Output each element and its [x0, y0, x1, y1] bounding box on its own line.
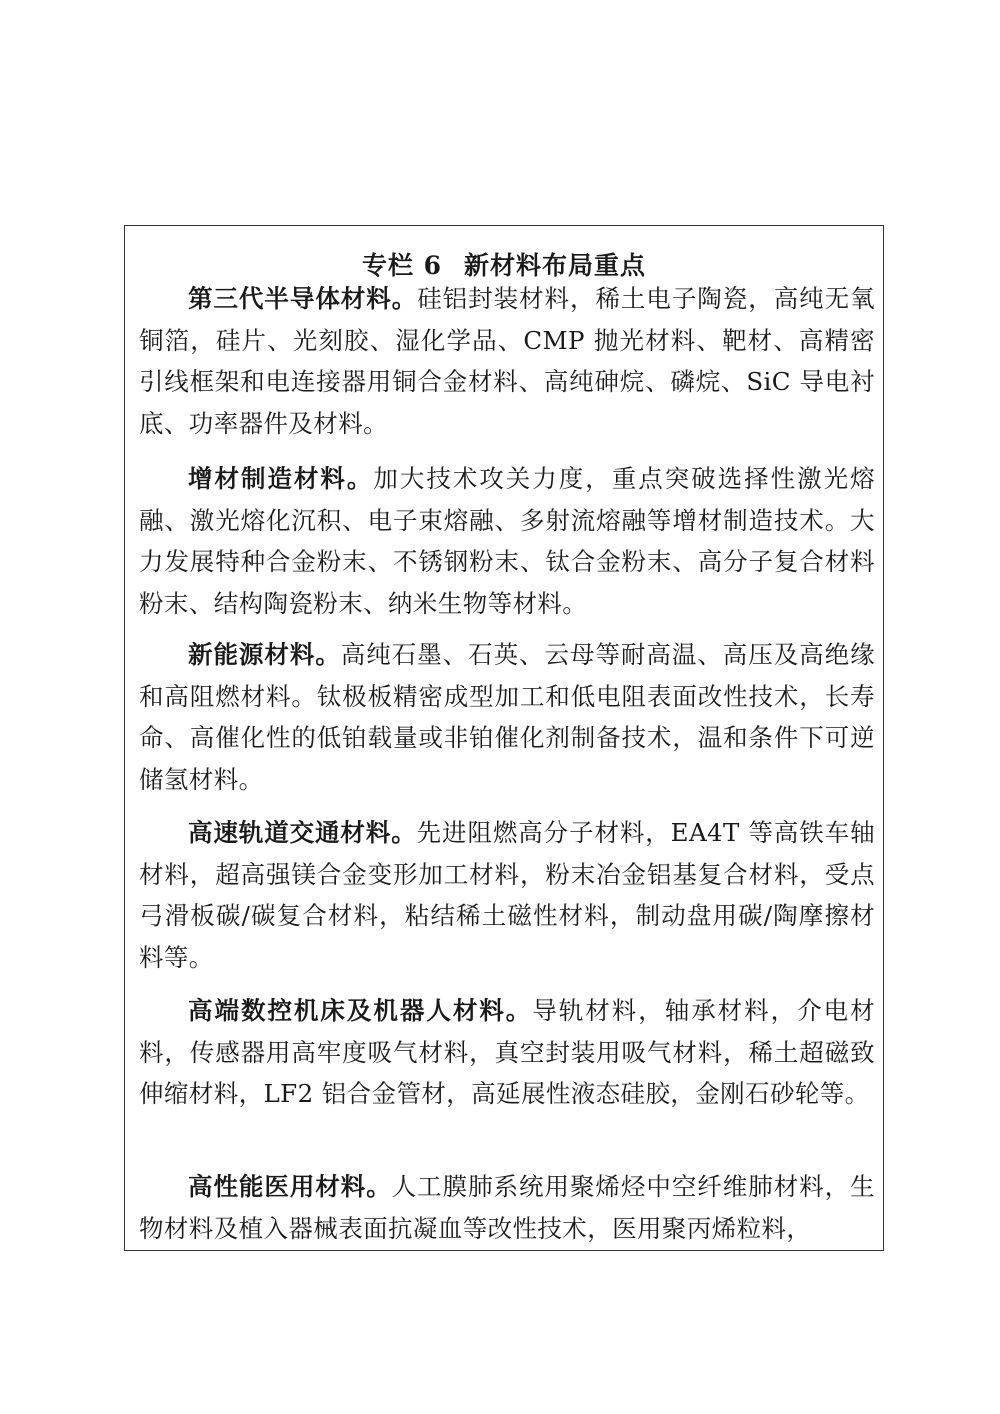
section-new-energy: 新能源材料。高纯石墨、石英、云母等耐高温、高压及高绝缘和高阻燃材料。钛极板精密成…: [139, 634, 875, 800]
section-heading: 增材制造材料。: [188, 464, 373, 493]
section-heading: 高性能医用材料。: [188, 1172, 392, 1201]
section-additive-manufacturing: 增材制造材料。加大技术攻关力度，重点突破选择性激光熔融、激光熔化沉积、电子束熔融…: [139, 458, 875, 624]
section-heading: 高端数控机床及机器人材料。: [188, 996, 532, 1025]
panel-number: 专栏 6: [362, 251, 442, 280]
panel-title: 专栏 6新材料布局重点: [125, 246, 883, 282]
section-cnc-robotics: 高端数控机床及机器人材料。导轨材料，轴承材料，介电材料，传感器用高牢度吸气材料，…: [139, 990, 875, 1115]
section-semiconductor: 第三代半导体材料。硅铝封装材料，稀土电子陶瓷，高纯无氧铜箔，硅片、光刻胶、湿化学…: [139, 278, 875, 444]
section-rail-transit: 高速轨道交通材料。先进阻燃高分子材料，EA4T 等高铁车轴材料，超高强镁合金变形…: [139, 812, 875, 978]
section-heading: 高速轨道交通材料。: [188, 818, 417, 847]
section-heading: 第三代半导体材料。: [188, 284, 417, 313]
section-medical: 高性能医用材料。人工膜肺系统用聚烯烃中空纤维肺材料，生物材料及植入器械表面抗凝血…: [139, 1166, 875, 1249]
panel-title-text: 新材料布局重点: [464, 251, 646, 280]
section-heading: 新能源材料。: [188, 640, 341, 669]
feature-box-panel: 专栏 6新材料布局重点 第三代半导体材料。硅铝封装材料，稀土电子陶瓷，高纯无氧铜…: [124, 225, 884, 1251]
